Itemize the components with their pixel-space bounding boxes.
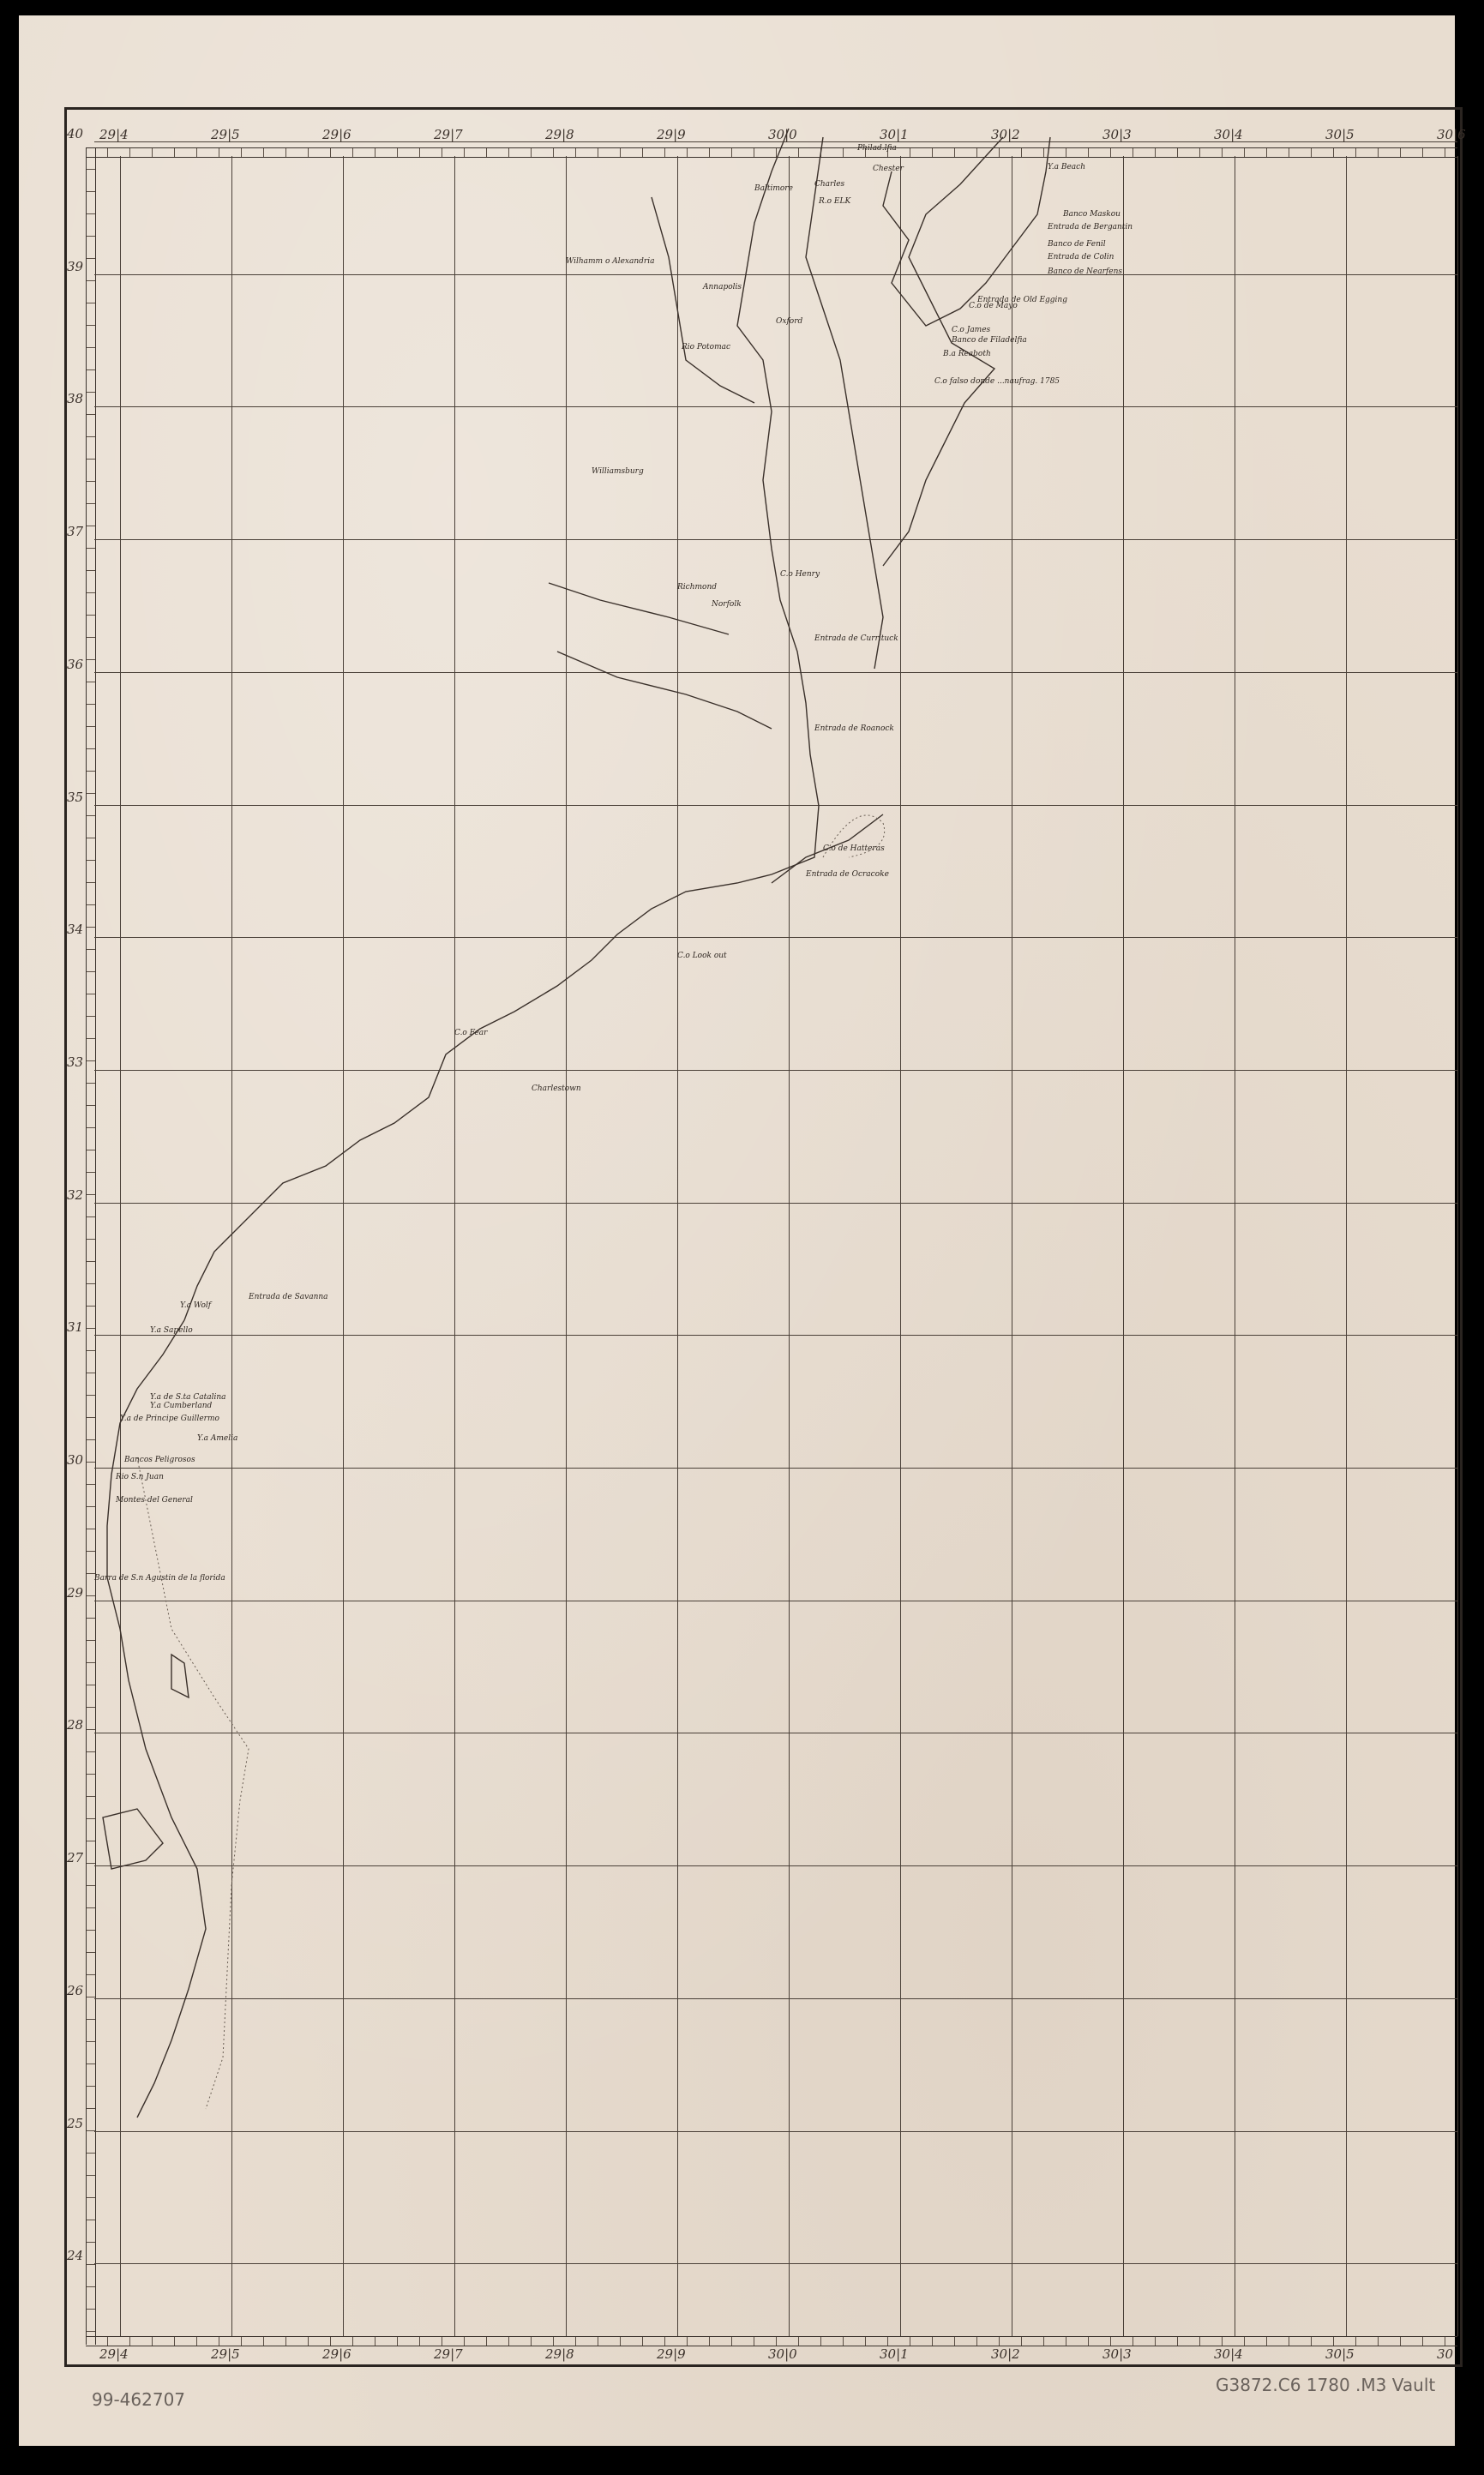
place-label: Y.a Wolf: [180, 1301, 211, 1310]
place-label: Annapolis: [703, 283, 742, 291]
place-label: Y.a Sapello: [150, 1326, 193, 1335]
place-label: Entrada de Roanock: [814, 724, 894, 733]
place-label: Entrada de Savanna: [249, 1293, 328, 1301]
place-label: Banco de Fenil: [1048, 240, 1106, 249]
place-label: Bancos Peligrosos: [124, 1456, 195, 1464]
place-label: Banco de Filadelfia: [952, 336, 1027, 345]
place-label: Charles: [814, 180, 844, 189]
place-label: Williamsburg: [592, 467, 644, 476]
place-label: Y.a Beach: [1048, 163, 1085, 171]
place-label: Wilhamm o Alexandria: [566, 257, 654, 266]
place-label: Richmond: [677, 583, 717, 592]
place-label: C.o Fear: [454, 1029, 487, 1037]
place-label: C.o falso donde ...naufrag. 1785: [934, 377, 1060, 386]
place-label: C.o James: [952, 326, 990, 334]
place-label: Rio Potomac: [682, 343, 730, 351]
place-label: Entrada de Bergantin: [1048, 223, 1133, 231]
place-label: Rio S.n Juan: [116, 1473, 164, 1481]
place-label: Banco de Nearfens: [1048, 267, 1122, 276]
place-label: Y.a Cumberland: [150, 1402, 212, 1410]
place-label: C.o de Hatteras: [823, 844, 885, 853]
place-label: Banco Maskou: [1063, 210, 1121, 219]
place-label: Montes del General: [116, 1496, 193, 1505]
place-label: Oxford: [776, 317, 802, 326]
place-label: C.o Henry: [780, 570, 820, 579]
place-label: Philad.lfia: [857, 144, 897, 153]
place-label: Entrada de Ocracoke: [806, 870, 889, 879]
place-label: Y.a de Principe Guillermo: [120, 1415, 219, 1423]
place-label: Y.a Amelia: [197, 1434, 237, 1443]
place-label: C.o Look out: [677, 952, 727, 960]
place-label: C.o de Mayo: [969, 302, 1018, 310]
coastline-drawing: [0, 0, 1484, 2475]
place-label: Chester: [873, 165, 904, 173]
call-number: G3872.C6 1780 .M3 Vault: [1216, 2375, 1435, 2395]
place-label: Y.a de S.ta Catalina: [150, 1393, 226, 1402]
place-label: Entrada de Colin: [1048, 253, 1114, 261]
place-label: Entrada de Currituck: [814, 634, 898, 643]
place-label: Baltimore: [754, 184, 793, 193]
place-label: Norfolk: [712, 600, 742, 609]
place-label: Charlestown: [532, 1084, 581, 1093]
accession-number: 99-462707: [92, 2389, 185, 2410]
place-label: B.a Reaboth: [943, 350, 991, 358]
place-label: R.o ELK: [819, 197, 850, 206]
place-label: Barra de S.n Agustin de la florida: [94, 1574, 225, 1583]
